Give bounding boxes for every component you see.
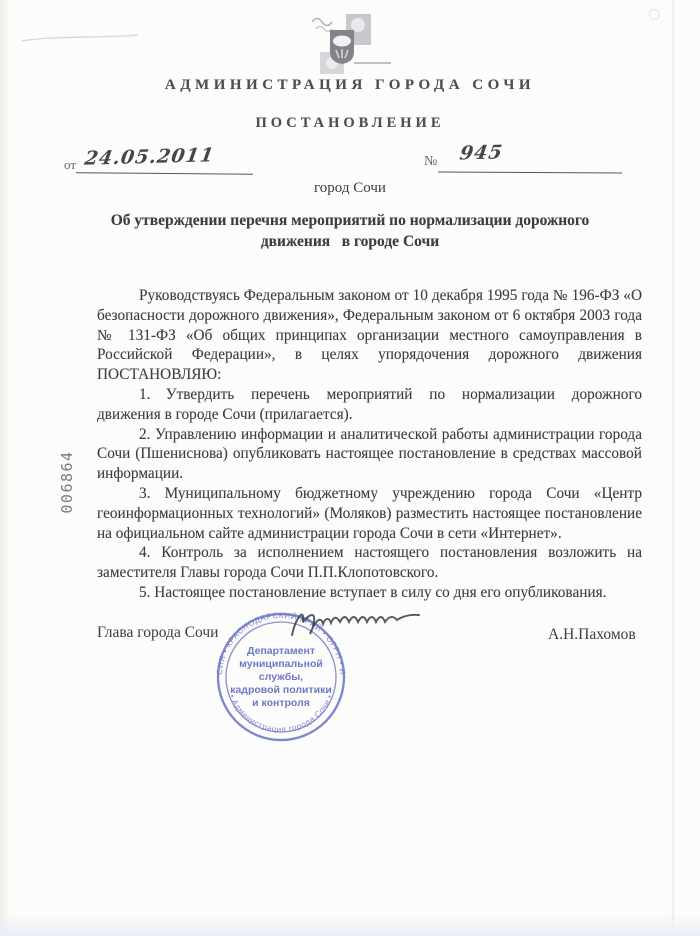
number-underline <box>438 172 622 174</box>
document-title: Об утверждении перечня мероприятий по но… <box>70 210 630 252</box>
scan-edge-bottom <box>0 914 700 936</box>
scan-dot-artifact <box>649 9 660 20</box>
sochi-emblem-icon <box>300 6 395 78</box>
document-body: Руководствуясь Федеральным законом от 10… <box>97 286 642 603</box>
stamp-center-line2: муниципальной <box>213 658 349 671</box>
signer-title: Глава города Сочи <box>97 624 218 642</box>
stamp-center-line5: и контроля <box>213 697 349 710</box>
resolution-item-4: 4. Контроль за исполнением настоящего по… <box>97 543 642 583</box>
vertical-registration-number: 006864 <box>58 443 80 521</box>
document-title-line1: Об утверждении перечня мероприятий по но… <box>70 210 630 231</box>
handwritten-signature <box>286 603 451 649</box>
resolution-item-1: 1. Утвердить перечень мероприятий по нор… <box>97 385 642 425</box>
scan-edge-left <box>0 0 10 936</box>
resolution-item-3: 3. Муниципальному бюджетному учреждению … <box>97 484 642 543</box>
document-title-line2: движения в городе Сочи <box>70 231 630 252</box>
organization-name: АДМИНИСТРАЦИЯ ГОРОДА СОЧИ <box>0 77 700 94</box>
date-underline <box>76 172 253 175</box>
place-line: город Сочи <box>0 180 700 197</box>
handwritten-date: 24.05.2011 <box>83 144 216 169</box>
scan-edge-right <box>671 0 674 936</box>
preamble-paragraph: Руководствуясь Федеральным законом от 10… <box>97 286 642 385</box>
stamp-center-text: Департамент муниципальной службы, кадров… <box>213 645 349 710</box>
resolution-item-5: 5. Настоящее постановление вступает в си… <box>97 583 642 603</box>
stamp-center-line4: кадровой политики <box>213 684 349 697</box>
number-label: № <box>424 154 437 170</box>
resolution-item-2: 2. Управлению информации и аналитической… <box>97 425 642 484</box>
signer-name: А.Н.Пахомов <box>548 626 636 644</box>
document-type-heading: ПОСТАНОВЛЕНИЕ <box>0 115 700 132</box>
stamp-center-line3: службы, <box>213 671 349 684</box>
pencil-smudge-artifact <box>20 33 140 43</box>
scanned-document-page: АДМИНИСТРАЦИЯ ГОРОДА СОЧИ ПОСТАНОВЛЕНИЕ … <box>0 0 700 936</box>
handwritten-number: 945 <box>458 141 504 164</box>
date-label: от <box>64 157 76 173</box>
